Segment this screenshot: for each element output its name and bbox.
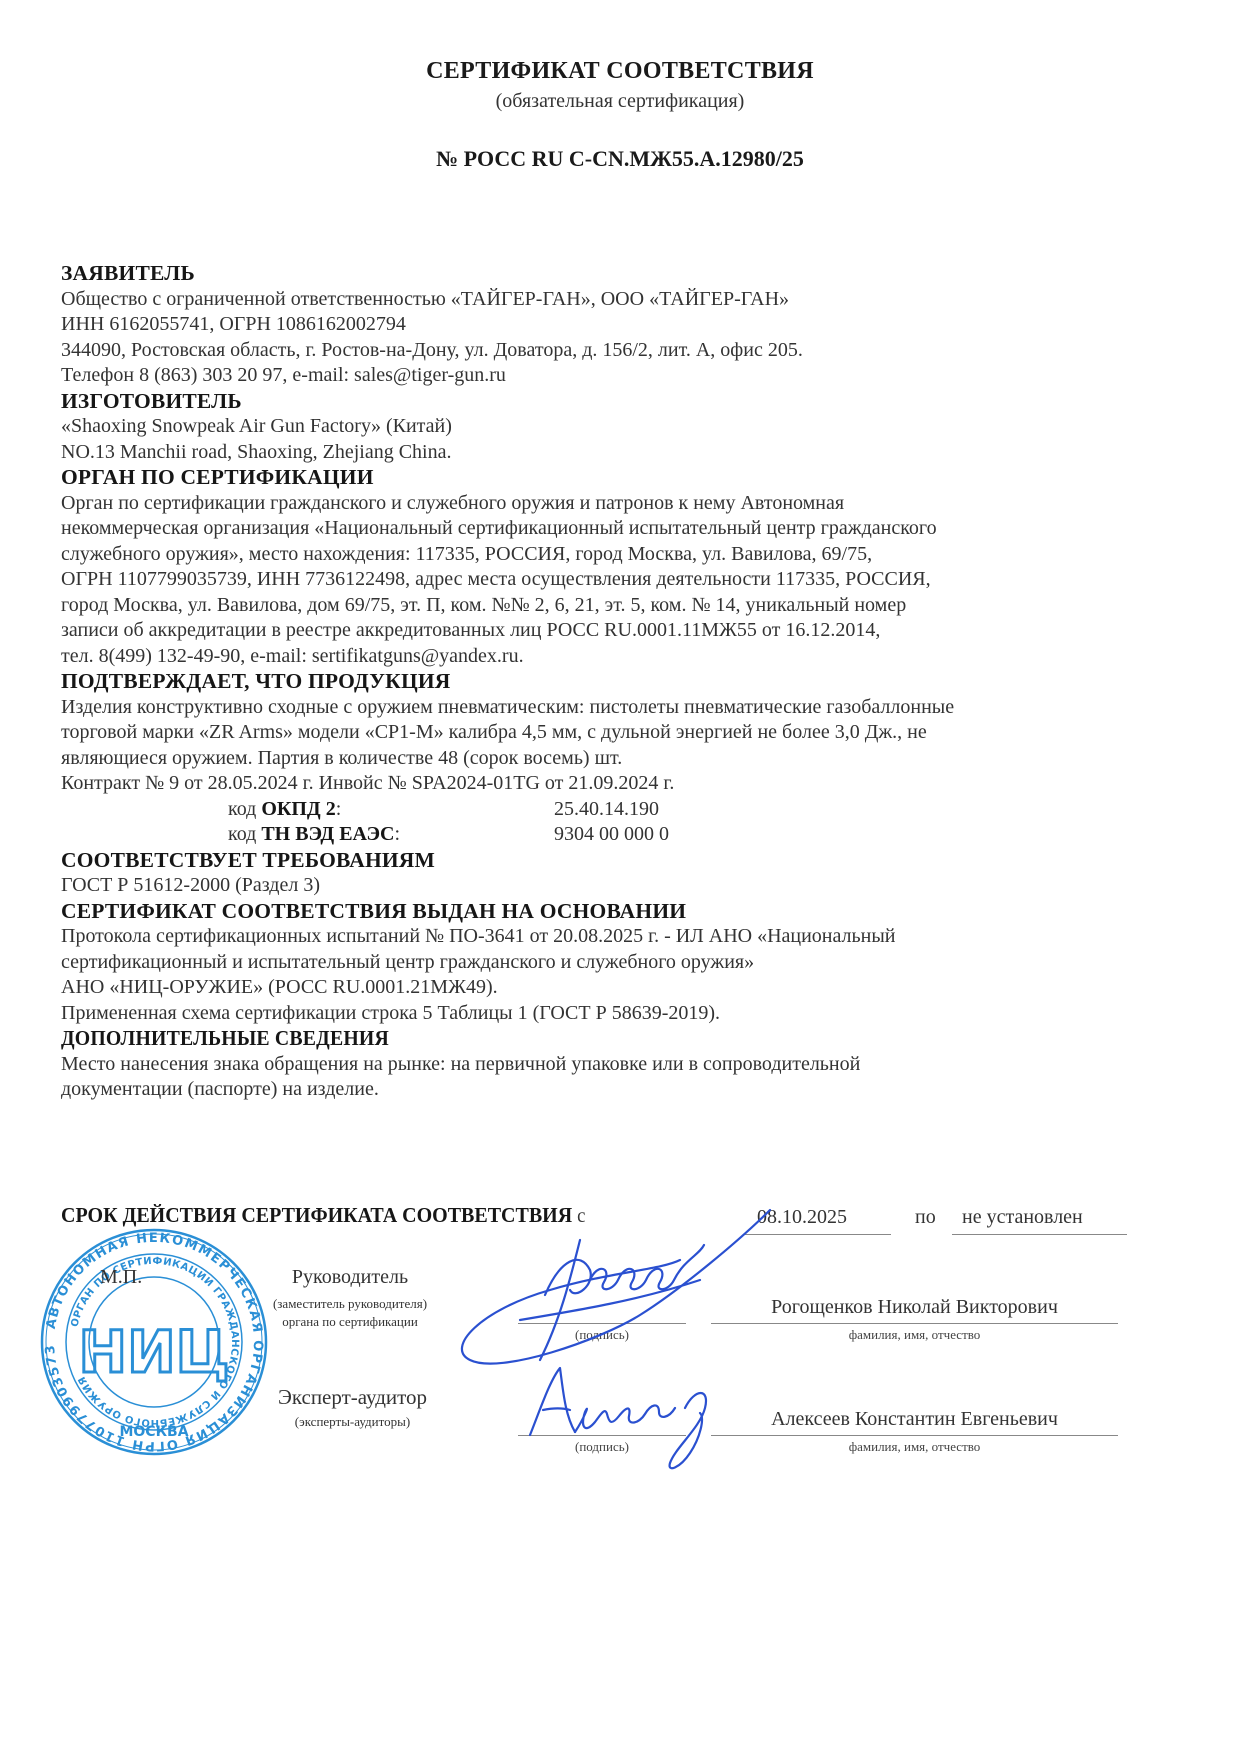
certificate-body: ЗАЯВИТЕЛЬ Общество с ограниченной ответс… <box>61 261 1201 1103</box>
head-name-line <box>711 1323 1118 1324</box>
section-heading: ОРГАН ПО СЕРТИФИКАЦИИ <box>61 465 1201 491</box>
expert-signature-line <box>518 1435 686 1436</box>
head-signature-line <box>518 1323 686 1324</box>
product-line: являющиеся оружием. Партия в количестве … <box>61 746 1201 772</box>
basis-line: сертификационный и испытательный центр г… <box>61 950 1201 976</box>
body-line: записи об аккредитации в реестре аккреди… <box>61 618 1201 644</box>
section-certification-body: ОРГАН ПО СЕРТИФИКАЦИИ Орган по сертифика… <box>61 465 1201 669</box>
head-role-sub: (заместитель руководителя) <box>255 1296 445 1312</box>
head-signature-caption: (подпись) <box>518 1327 686 1343</box>
section-product: ПОДТВЕРЖДАЕТ, ЧТО ПРОДУКЦИЯ Изделия конс… <box>61 669 1201 848</box>
validity-from-date: 08.10.2025 <box>757 1206 847 1229</box>
stamp-place-mark: М.П. <box>100 1266 142 1289</box>
validity-label: СРОК ДЕЙСТВИЯ СЕРТИФИКАТА СООТВЕТСТВИЯ с <box>61 1203 585 1228</box>
expert-role-sub: (эксперты-аудиторы) <box>260 1414 445 1430</box>
section-heading: ПОДТВЕРЖДАЕТ, ЧТО ПРОДУКЦИЯ <box>61 669 1201 695</box>
expert-signature-caption: (подпись) <box>518 1439 686 1455</box>
code-value: 9304 00 000 0 <box>554 822 669 848</box>
applicant-name: Общество с ограниченной ответственностью… <box>61 287 1201 313</box>
section-applicant: ЗАЯВИТЕЛЬ Общество с ограниченной ответс… <box>61 261 1201 389</box>
section-additional: ДОПОЛНИТЕЛЬНЫЕ СВЕДЕНИЯ Место нанесения … <box>61 1026 1201 1103</box>
code-okpd2: код ОКПД 2: 25.40.14.190 <box>61 797 1201 823</box>
document-title: СЕРТИФИКАТ СООТВЕТСТВИЯ <box>0 58 1240 85</box>
body-line: некоммерческая организация «Национальный… <box>61 516 1201 542</box>
section-heading: ДОПОЛНИТЕЛЬНЫЕ СВЕДЕНИЯ <box>61 1026 1110 1052</box>
manufacturer-name: «Shaoxing Snowpeak Air Gun Factory» (Кит… <box>61 414 1201 440</box>
expert-name-caption: фамилия, имя, отчество <box>711 1439 1118 1455</box>
additional-line: документации (паспорте) на изделие. <box>61 1077 1201 1103</box>
product-line: торговой марки «ZR Arms» модели «CP1-M» … <box>61 720 1201 746</box>
expert-name-line <box>711 1435 1118 1436</box>
head-role-sub: органа по сертификации <box>255 1314 445 1330</box>
product-contract: Контракт № 9 от 28.05.2024 г. Инвойс № S… <box>61 771 1201 797</box>
svg-text:МОСКВА: МОСКВА <box>119 1424 188 1440</box>
additional-line: Место нанесения знака обращения на рынке… <box>61 1052 1201 1078</box>
expert-name: Алексеев Константин Евгеньевич <box>711 1408 1118 1431</box>
section-basis: СЕРТИФИКАТ СООТВЕТСТВИЯ ВЫДАН НА ОСНОВАН… <box>61 899 1201 1027</box>
svg-text:НИЦ: НИЦ <box>79 1318 230 1386</box>
certificate-page: СЕРТИФИКАТ СООТВЕТСТВИЯ (обязательная се… <box>0 0 1240 1755</box>
validity-to-word: по <box>915 1206 936 1229</box>
body-line: ОГРН 1107799035739, ИНН 7736122498, адре… <box>61 567 1201 593</box>
basis-line: АНО «НИЦ-ОРУЖИЕ» (РОСС RU.0001.21МЖ49). <box>61 975 1201 1001</box>
head-name-caption: фамилия, имя, отчество <box>711 1327 1118 1343</box>
applicant-contacts: Телефон 8 (863) 303 20 97, e-mail: sales… <box>61 363 1201 389</box>
body-line: служебного оружия», место нахождения: 11… <box>61 542 1201 568</box>
product-line: Изделия конструктивно сходные с оружием … <box>61 695 1201 721</box>
validity-to-underline <box>952 1234 1127 1235</box>
certificate-number: № РОСС RU С-CN.МЖ55.А.12980/25 <box>0 146 1240 172</box>
validity-from-underline <box>745 1234 891 1235</box>
document-subtitle: (обязательная сертификация) <box>0 90 1240 113</box>
body-line: Орган по сертификации гражданского и слу… <box>61 491 1201 517</box>
official-stamp: АВТОНОМНАЯ НЕКОММЕРЧЕСКАЯ ОРГАНИЗАЦИЯ ОГ… <box>38 1226 270 1458</box>
section-manufacturer: ИЗГОТОВИТЕЛЬ «Shaoxing Snowpeak Air Gun … <box>61 389 1201 466</box>
applicant-address: 344090, Ростовская область, г. Ростов-на… <box>61 338 1201 364</box>
section-requirements: СООТВЕТСТВУЕТ ТРЕБОВАНИЯМ ГОСТ Р 51612-2… <box>61 848 1201 899</box>
section-heading: СООТВЕТСТВУЕТ ТРЕБОВАНИЯМ <box>61 848 1201 874</box>
code-value: 25.40.14.190 <box>554 797 659 823</box>
requirement-standard: ГОСТ Р 51612-2000 (Раздел 3) <box>61 873 1201 899</box>
section-heading: ИЗГОТОВИТЕЛЬ <box>61 389 1201 415</box>
validity-to-value: не установлен <box>962 1206 1083 1229</box>
head-role: Руководитель <box>255 1266 445 1289</box>
code-tnved: код ТН ВЭД ЕАЭС: 9304 00 000 0 <box>61 822 1201 848</box>
applicant-ids: ИНН 6162055741, ОГРН 1086162002794 <box>61 312 1201 338</box>
body-line: город Москва, ул. Вавилова, дом 69/75, э… <box>61 593 1201 619</box>
section-heading: ЗАЯВИТЕЛЬ <box>61 261 1201 287</box>
manufacturer-address: NO.13 Manchii road, Shaoxing, Zhejiang C… <box>61 440 1201 466</box>
basis-line: Протокола сертификационных испытаний № П… <box>61 924 1201 950</box>
head-name: Рогощенков Николай Викторович <box>711 1296 1118 1319</box>
section-heading: СЕРТИФИКАТ СООТВЕТСТВИЯ ВЫДАН НА ОСНОВАН… <box>61 899 1201 925</box>
basis-line: Примененная схема сертификации строка 5 … <box>61 1001 1201 1027</box>
body-line: тел. 8(499) 132-49-90, e-mail: sertifika… <box>61 644 1201 670</box>
expert-role: Эксперт-аудитор <box>260 1385 445 1410</box>
